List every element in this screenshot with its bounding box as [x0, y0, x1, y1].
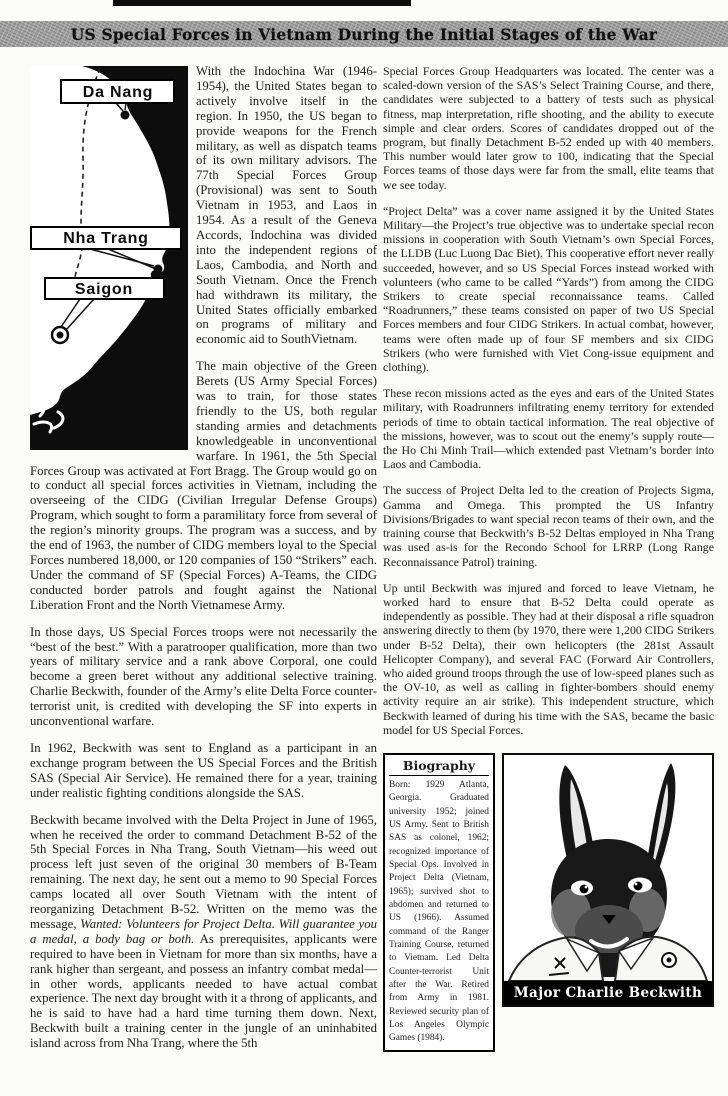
memo-intro-text: Beckwith became involved with the Delta …: [30, 813, 377, 931]
scanned-document-page: US Special Forces in Vietnam During the …: [0, 0, 728, 1096]
page-top-rule: [113, 0, 411, 6]
article-paragraph: Special Forces Group Headquarters was lo…: [383, 64, 714, 192]
article-paragraph: These recon missions acted as the eyes a…: [383, 386, 714, 471]
map-label-nha-trang: Nha Trang: [31, 227, 181, 249]
map-label-saigon: Saigon: [45, 278, 164, 299]
shirt-button-badge: [662, 953, 676, 967]
beckwith-portrait-figure: Major Charlie Beckwith: [502, 753, 714, 1007]
biography-and-portrait-row: Biography Born: 1929 Atlanta, Georgia. G…: [383, 753, 714, 1052]
map-label-da-nang-text: Da Nang: [83, 84, 154, 101]
biography-title: Biography: [389, 757, 489, 776]
article-paragraph: Up until Beckwith was injured and forced…: [383, 581, 714, 737]
article-right-column: Special Forces Group Headquarters was lo…: [383, 64, 714, 1052]
map-label-da-nang: Da Nang: [61, 80, 174, 103]
nha-trang-marker: [154, 265, 163, 274]
rabbit-portrait-illustration: [504, 755, 712, 981]
vietnam-map: Da Nang Nha Trang Saigon: [30, 66, 188, 450]
page-title: US Special Forces in Vietnam During the …: [71, 25, 657, 44]
biography-text: Born: 1929 Atlanta, Georgia. Graduated u…: [389, 779, 489, 1046]
map-label-saigon-text: Saigon: [75, 281, 133, 298]
saigon-marker: [52, 327, 68, 343]
da-nang-marker: [121, 111, 130, 120]
article-paragraph: Beckwith became involved with the Delta …: [30, 813, 377, 1052]
vietnam-map-illustration: Da Nang Nha Trang Saigon: [30, 66, 188, 450]
article-left-column: Da Nang Nha Trang Saigon With the Indoch…: [30, 64, 377, 1063]
figure-caption: Major Charlie Beckwith: [504, 981, 712, 1005]
article-paragraph: In 1962, Beckwith was sent to England as…: [30, 741, 377, 801]
memo-followup-text: As prerequisites, applicants were requir…: [30, 932, 377, 1050]
map-island: [171, 278, 175, 282]
biography-box: Biography Born: 1929 Atlanta, Georgia. G…: [383, 753, 495, 1052]
article-paragraph: “Project Delta” was a cover name assigne…: [383, 204, 714, 374]
map-label-nha-trang-text: Nha Trang: [63, 230, 148, 247]
article-paragraph: In those days, US Special Forces troops …: [30, 625, 377, 729]
article-paragraph: The success of Project Delta led to the …: [383, 483, 714, 568]
page-title-banner: US Special Forces in Vietnam During the …: [0, 21, 728, 47]
